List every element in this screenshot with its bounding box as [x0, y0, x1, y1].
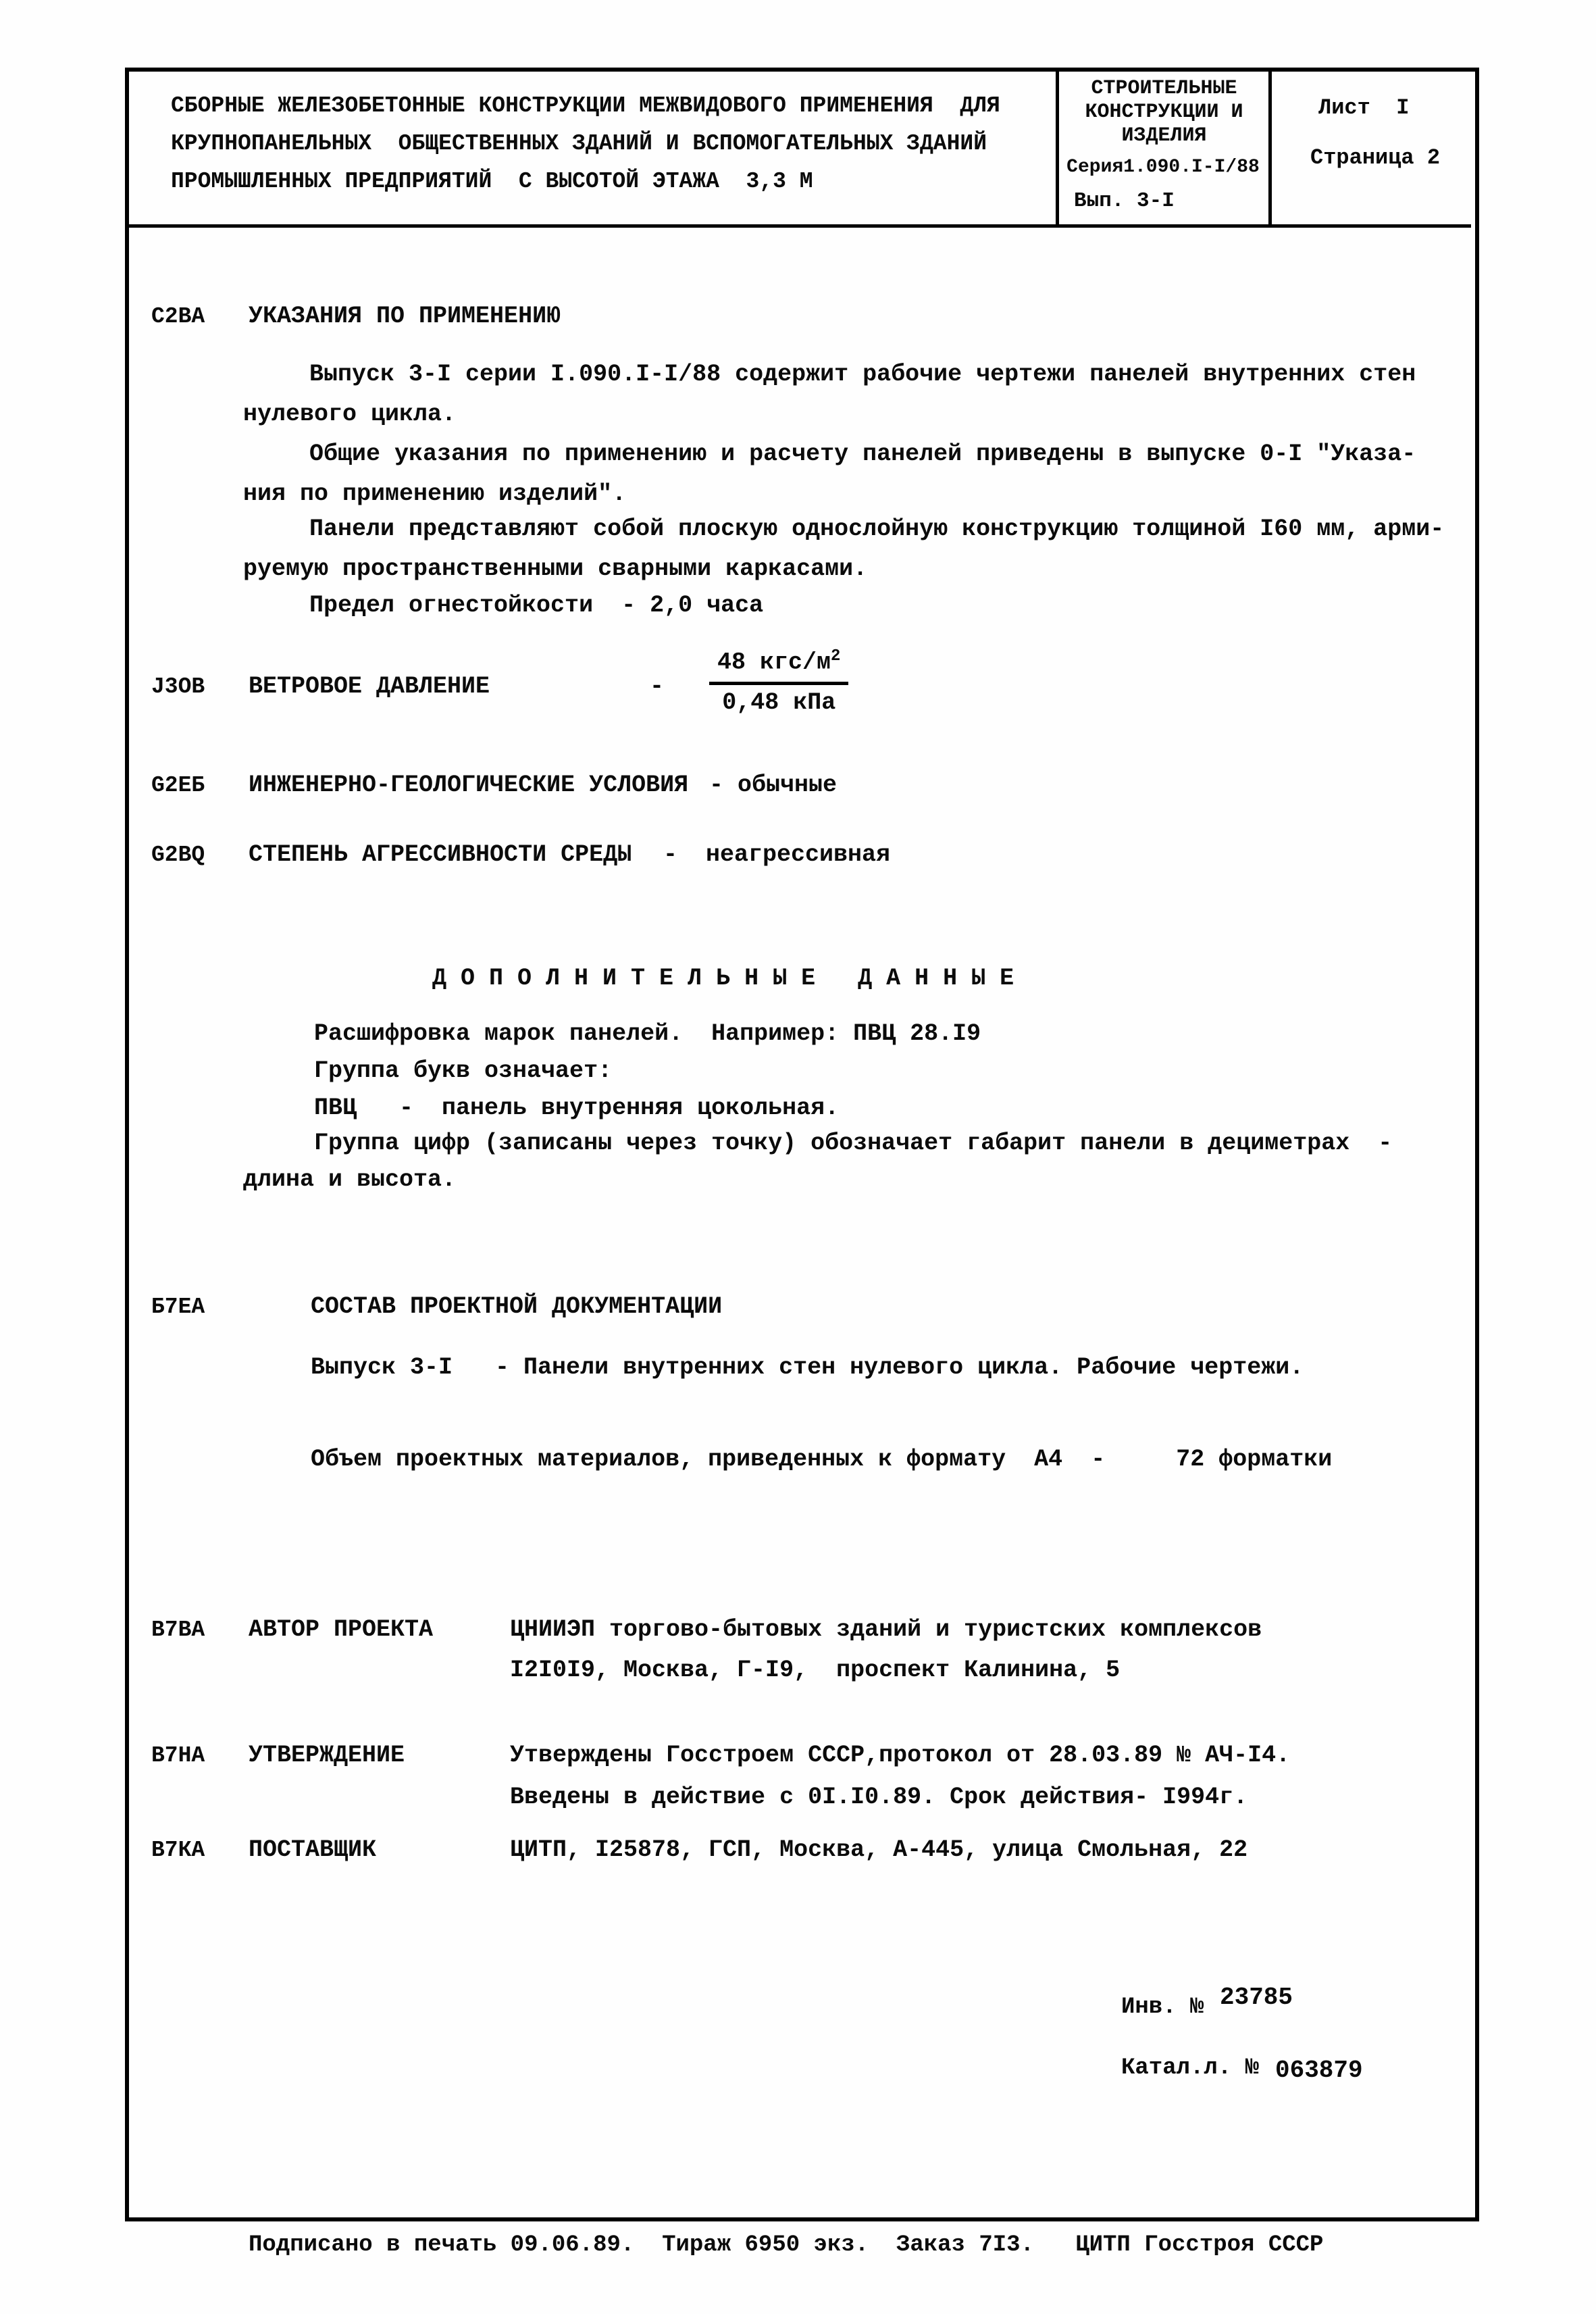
composition-line: Объем проектных материалов, приведенных … [311, 1446, 1332, 1473]
usage-fire-resistance: Предел огнестойкости - 2,0 часа [309, 592, 763, 619]
wind-pressure-denominator: 0,48 кПа [709, 685, 848, 716]
header-sheet-number: Лист I [1318, 96, 1409, 121]
geo-value: - обычные [709, 772, 837, 799]
author-code: В7ВА [151, 1617, 205, 1643]
geo-code: G2ЕБ [151, 773, 205, 799]
header-page-number: Страница 2 [1310, 146, 1440, 171]
geo-label: ИНЖЕНЕРНО-ГЕОЛОГИЧЕСКИЕ УСЛОВИЯ [249, 772, 688, 799]
header-class-line2: КОНСТРУКЦИИ И [1060, 101, 1268, 124]
approval-code: В7НА [151, 1743, 205, 1769]
header-divider-2 [1268, 72, 1272, 224]
usage-paragraph: Выпуск 3-I серии I.090.I-I/88 содержит р… [309, 361, 1416, 388]
supplier-value: ЦИТП, I25878, ГСП, Москва, А-445, улица … [510, 1836, 1247, 1863]
author-address: I2I0I9, Москва, Г-I9, проспект Калинина,… [510, 1657, 1120, 1684]
header-divider-1 [1056, 72, 1059, 224]
header-series: Серия1.090.I-I/88 [1058, 157, 1268, 178]
additional-line: Группа цифр (записаны через точку) обозн… [314, 1130, 1392, 1157]
author-value: ЦНИИЭП торгово-бытовых зданий и туристск… [510, 1616, 1262, 1643]
usage-paragraph: Панели представляют собой плоскую односл… [309, 515, 1444, 543]
additional-line: Группа букв означает: [314, 1057, 612, 1084]
header-title-line1: СБОРНЫЕ ЖЕЛЕЗОБЕТОННЫЕ КОНСТРУКЦИИ МЕЖВИ… [171, 93, 1000, 119]
composition-heading: СОСТАВ ПРОЕКТНОЙ ДОКУМЕНТАЦИИ [311, 1293, 722, 1320]
wind-pressure-fraction: 48 кгс/м2 0,48 кПа [709, 647, 848, 716]
aggression-value: - неагрессивная [663, 841, 890, 868]
usage-heading: УКАЗАНИЯ ПО ПРИМЕНЕНИЮ [249, 303, 561, 330]
header-bottom-rule [129, 224, 1471, 228]
catalog-sheet-label: Катал.л. № [1121, 2055, 1259, 2082]
wind-dash: - [650, 673, 664, 700]
header-class-line3: ИЗДЕЛИЯ [1060, 124, 1268, 148]
additional-line: Расшифровка марок панелей. Например: ПВЦ… [314, 1020, 981, 1047]
document-page: СБОРНЫЕ ЖЕЛЕЗОБЕТОННЫЕ КОНСТРУКЦИИ МЕЖВИ… [0, 0, 1596, 2314]
header-title-line2: КРУПНОПАНЕЛЬНЫХ ОБЩЕСТВЕННЫХ ЗДАНИЙ И ВС… [171, 131, 987, 157]
approval-value: Введены в действие с 0I.I0.89. Срок дейс… [510, 1784, 1247, 1811]
print-imprint: Подписано в печать 09.06.89. Тираж 6950 … [249, 2232, 1323, 2259]
aggression-code: G2BQ [151, 842, 205, 868]
approval-value: Утверждены Госстроем СССР,протокол от 28… [510, 1742, 1290, 1769]
supplier-label: ПОСТАВЩИК [249, 1836, 376, 1863]
wind-pressure-numerator: 48 кгс/м2 [709, 647, 848, 685]
wind-code: J3OB [151, 674, 205, 700]
catalog-sheet-value: 063879 [1275, 2057, 1363, 2084]
inventory-number-label: Инв. № [1121, 1994, 1204, 2021]
additional-line: длина и высота. [243, 1166, 456, 1193]
inventory-number-value: 23785 [1220, 1984, 1293, 2011]
header-class-line1: СТРОИТЕЛЬНЫЕ [1060, 77, 1268, 101]
additional-heading: Д О П О Л Н И Т Е Л Ь Н Ы Е Д А Н Н Ы Е [432, 965, 1014, 992]
aggression-label: СТЕПЕНЬ АГРЕССИВНОСТИ СРЕДЫ [249, 841, 632, 868]
header-issue: Вып. 3-I [1074, 189, 1175, 213]
composition-code: Б7ЕА [151, 1294, 205, 1320]
wind-pressure-exponent: 2 [831, 647, 840, 665]
usage-paragraph: Общие указания по применению и расчету п… [309, 441, 1416, 468]
author-label: АВТОР ПРОЕКТА [249, 1616, 433, 1643]
usage-code: C2BA [151, 304, 205, 330]
wind-label: ВЕТРОВОЕ ДАВЛЕНИЕ [249, 673, 490, 700]
usage-paragraph: руемую пространственными сварными каркас… [243, 555, 867, 582]
usage-paragraph: ния по применению изделий". [243, 480, 626, 507]
additional-line: ПВЦ - панель внутренняя цокольная. [314, 1095, 839, 1122]
composition-line: Выпуск 3-I - Панели внутренних стен нуле… [311, 1354, 1304, 1381]
header-title-line3: ПРОМЫШЛЕННЫХ ПРЕДПРИЯТИЙ С ВЫСОТОЙ ЭТАЖА… [171, 169, 813, 195]
supplier-code: В7КА [151, 1838, 205, 1863]
approval-label: УТВЕРЖДЕНИЕ [249, 1742, 405, 1769]
usage-paragraph: нулевого цикла. [243, 401, 456, 428]
